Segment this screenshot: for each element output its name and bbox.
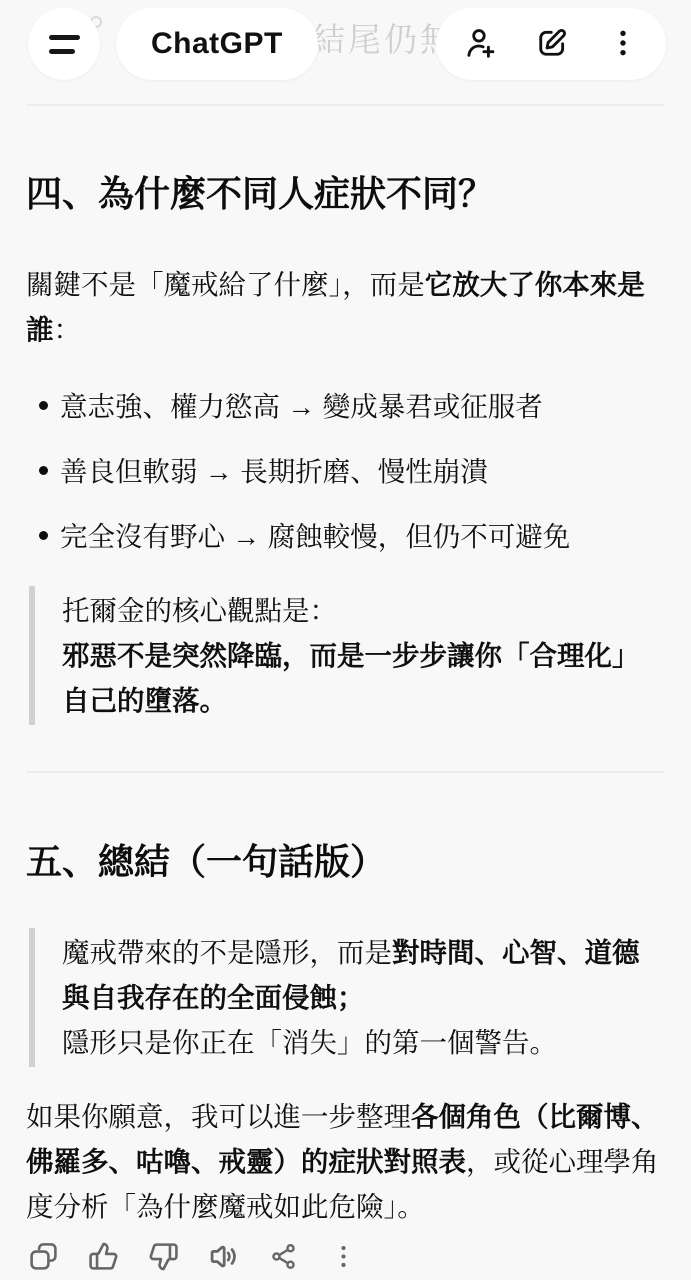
header-divider xyxy=(27,104,664,106)
new-chat-button[interactable] xyxy=(534,25,570,64)
thumbs-down-button[interactable] xyxy=(146,1238,180,1274)
section-5-heading: 五、總結（一句話版） xyxy=(26,841,666,883)
copy-button[interactable] xyxy=(26,1238,60,1274)
sidebar-menu-button[interactable] xyxy=(28,8,100,80)
compose-icon xyxy=(534,25,570,64)
bullet-dot xyxy=(39,401,48,410)
app-title: ChatGPT xyxy=(151,27,283,61)
section-divider xyxy=(27,771,664,773)
thumbs-down-icon xyxy=(148,1241,179,1272)
list-item: 完全沒有野心 → 腐蝕較慢，但仍不可避免 xyxy=(26,514,668,559)
message-actions-toolbar xyxy=(26,1238,666,1274)
quote-line: 托爾金的核心觀點是： xyxy=(62,595,337,626)
section-4-intro-paragraph: 關鍵不是「魔戒給了什麼」，而是它放大了你本來是誰： xyxy=(26,262,668,352)
bullet-dot xyxy=(39,531,48,540)
tolkien-blockquote: 托爾金的核心觀點是： 邪惡不是突然降臨，而是一步步讓你「合理化」自己的墮落。 xyxy=(29,586,659,725)
model-title-pill[interactable]: ChatGPT xyxy=(116,8,318,80)
more-options-button[interactable] xyxy=(326,1238,360,1274)
intro-colon: ： xyxy=(54,314,82,345)
add-person-button[interactable] xyxy=(462,25,498,64)
share-icon xyxy=(269,1242,298,1271)
person-add-icon xyxy=(462,25,498,64)
summary-blockquote: 魔戒帶來的不是隱形，而是對時間、心智、道德與自我存在的全面侵蝕；隱形只是你正在「… xyxy=(29,928,659,1067)
copy-icon xyxy=(28,1241,59,1272)
conversation-menu-button[interactable] xyxy=(606,26,640,63)
speaker-icon xyxy=(207,1240,240,1273)
quote-line: 魔戒帶來的不是隱形，而是 xyxy=(62,937,392,968)
ellipsis-vertical-icon xyxy=(329,1242,358,1271)
bullet-dot xyxy=(39,466,48,475)
section-4-heading: 四、為什麼不同人症狀不同？ xyxy=(26,173,666,215)
app-header: ChatGPT xyxy=(0,0,691,106)
bullet-text: 意志強、權力慾高 → 變成暴君或征服者 xyxy=(60,391,543,422)
header-actions xyxy=(436,8,666,80)
thumbs-up-icon xyxy=(88,1241,119,1272)
quote-bold-line: 邪惡不是突然降臨，而是一步步讓你「合理化」自己的墮落。 xyxy=(62,640,640,716)
share-button[interactable] xyxy=(266,1238,300,1274)
hamburger-icon xyxy=(49,35,80,54)
read-aloud-button[interactable] xyxy=(206,1238,240,1274)
list-item: 意志強、權力慾高 → 變成暴君或征服者 xyxy=(26,384,668,429)
thumbs-up-button[interactable] xyxy=(86,1238,120,1274)
intro-text: 關鍵不是「魔戒給了什麼」，而是 xyxy=(26,269,425,300)
closing-text: 如果你願意，我可以進一步整理 xyxy=(26,1101,411,1132)
closing-paragraph: 如果你願意，我可以進一步整理各個角色（比爾博、佛羅多、咕嚕、戒靈）的症狀對照表，… xyxy=(26,1094,668,1229)
bullet-text: 善良但軟弱 → 長期折磨、慢性崩潰 xyxy=(60,456,488,487)
quote-line: 隱形只是你正在「消失」的第一個警告。 xyxy=(62,1027,557,1058)
kebab-menu-icon xyxy=(606,26,640,63)
bullet-text: 完全沒有野心 → 腐蝕較慢，但仍不可避免 xyxy=(60,521,570,552)
symptom-bullet-list: 意志強、權力慾高 → 變成暴君或征服者 善良但軟弱 → 長期折磨、慢性崩潰 完全… xyxy=(26,384,668,579)
list-item: 善良但軟弱 → 長期折磨、慢性崩潰 xyxy=(26,449,668,494)
